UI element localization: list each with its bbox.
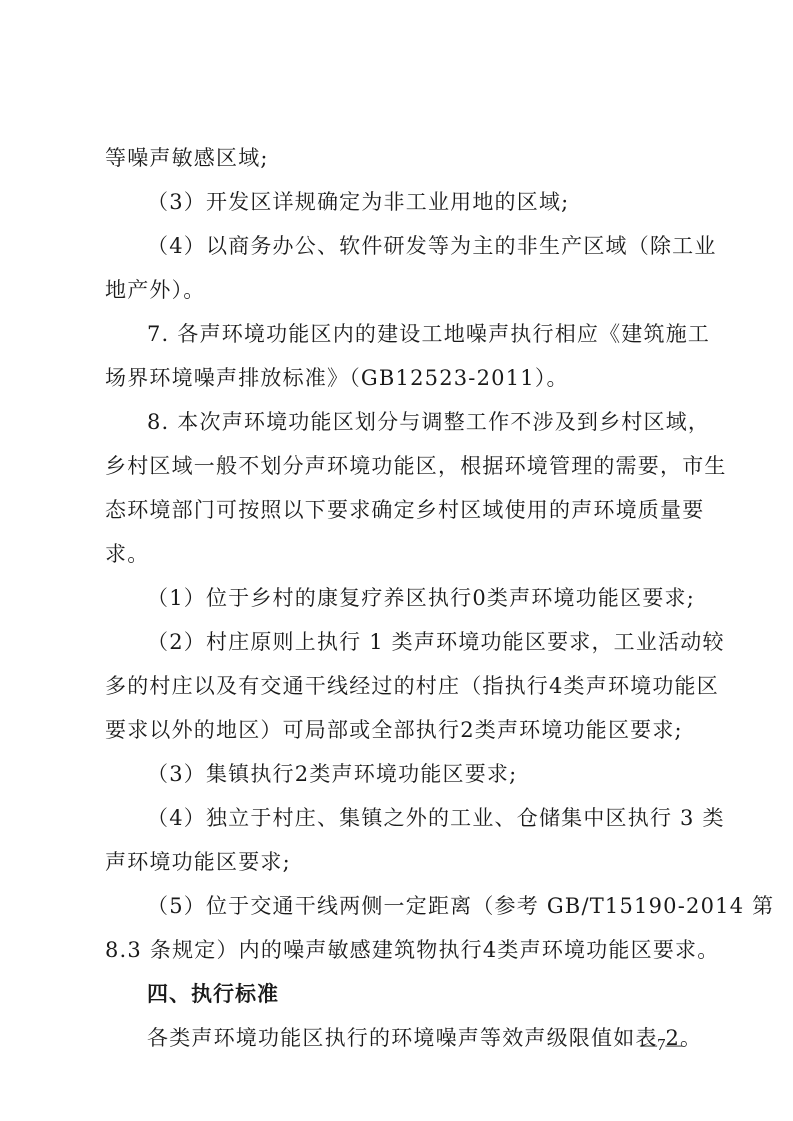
text-line: 声环境功能区要求;: [105, 840, 701, 884]
text-line: （4）以商务办公、软件研发等为主的非生产区域（除工业: [105, 224, 701, 268]
text-line: 8. 本次声环境功能区划分与调整工作不涉及到乡村区域，: [105, 400, 701, 444]
page-number: —7—: [640, 1035, 683, 1055]
text-line: （3）开发区详规确定为非工业用地的区域;: [105, 180, 701, 224]
text-line: 8.3 条规定）内的噪声敏感建筑物执行4类声环境功能区要求。: [105, 928, 701, 972]
document-page: 等噪声敏感区域; （3）开发区详规确定为非工业用地的区域; （4）以商务办公、软…: [105, 136, 701, 1060]
section-heading: 四、执行标准: [105, 972, 701, 1016]
text-line: （3）集镇执行2类声环境功能区要求;: [105, 752, 701, 796]
text-line: 态环境部门可按照以下要求确定乡村区域使用的声环境质量要: [105, 488, 701, 532]
text-line: 场界环境噪声排放标准》（GB12523-2011）。: [105, 356, 701, 400]
text-line: 求。: [105, 532, 701, 576]
text-line: 要求以外的地区）可局部或全部执行2类声环境功能区要求;: [105, 708, 701, 752]
text-line: （2）村庄原则上执行 1 类声环境功能区要求，工业活动较: [105, 620, 701, 664]
text-line: （1）位于乡村的康复疗养区执行0类声环境功能区要求;: [105, 576, 701, 620]
text-line: 等噪声敏感区域;: [105, 136, 701, 180]
text-line: 7. 各声环境功能区内的建设工地噪声执行相应《建筑施工: [105, 312, 701, 356]
text-line: （5）位于交通干线两侧一定距离（参考 GB/T15190-2014 第: [105, 884, 701, 928]
section-body: 各类声环境功能区执行的环境噪声等效声级限值如表 2。: [105, 1016, 701, 1060]
text-line: 多的村庄以及有交通干线经过的村庄（指执行4类声环境功能区: [105, 664, 701, 708]
text-line: 乡村区域一般不划分声环境功能区，根据环境管理的需要，市生: [105, 444, 701, 488]
text-line: （4）独立于村庄、集镇之外的工业、仓储集中区执行 3 类: [105, 796, 701, 840]
text-line: 地产外）。: [105, 268, 701, 312]
